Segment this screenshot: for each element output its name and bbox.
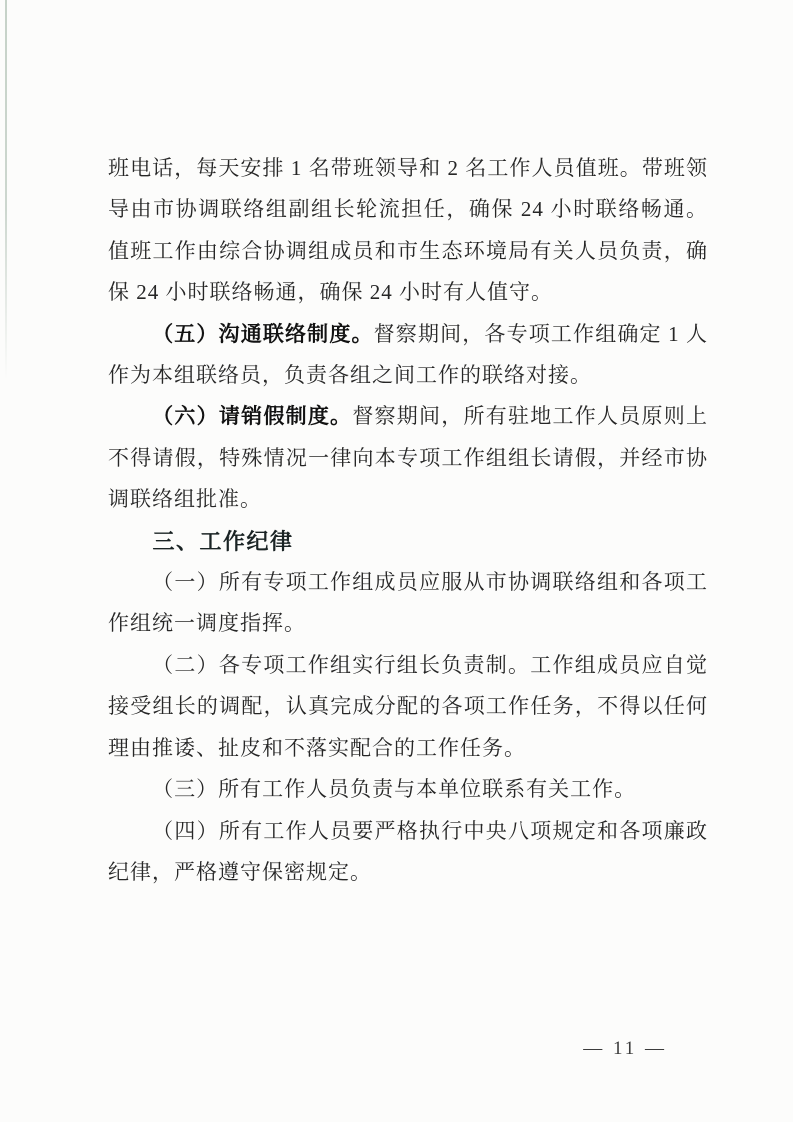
item-5-bold-lead: （五）沟通联络制度。 <box>152 322 374 346</box>
paragraph-item-6: （六）请销假制度。督察期间，所有驻地工作人员原则上不得请假，特殊情况一律向本专项… <box>108 396 708 520</box>
paragraph-item-3: （三）所有工作人员负责与本单位联系有关工作。 <box>108 769 708 810</box>
paragraph-item-2: （二）各专项工作组实行组长负责制。工作组成员应自觉接受组长的调配，认真完成分配的… <box>108 645 708 769</box>
paragraph-continuation: 班电话，每天安排 1 名带班领导和 2 名工作人员值班。带班领导由市协调联络组副… <box>108 148 708 314</box>
item-6-bold-lead: （六）请销假制度。 <box>152 404 352 428</box>
paragraph-item-1: （一）所有专项工作组成员应服从市协调联络组和各项工作组统一调度指挥。 <box>108 562 708 645</box>
page-number: — 11 — <box>583 1038 667 1059</box>
document-page: 班电话，每天安排 1 名带班领导和 2 名工作人员值班。带班领导由市协调联络组副… <box>0 0 793 1122</box>
paragraph-item-5: （五）沟通联络制度。督察期间，各专项工作组确定 1 人作为本组联络员，负责各组之… <box>108 314 708 397</box>
scan-artifact-line <box>5 0 7 380</box>
document-body: 班电话，每天安排 1 名带班领导和 2 名工作人员值班。带班领导由市协调联络组副… <box>108 148 708 893</box>
section-heading: 三、工作纪律 <box>108 521 708 562</box>
paragraph-item-4: （四）所有工作人员要严格执行中央八项规定和各项廉政纪律，严格遵守保密规定。 <box>108 811 708 894</box>
page-footer: — 11 — <box>583 1038 667 1060</box>
